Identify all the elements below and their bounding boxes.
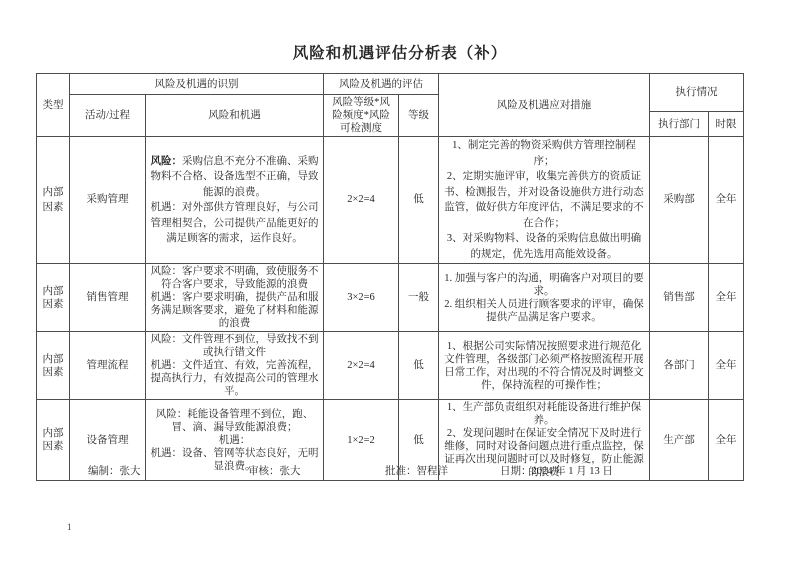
header-evaluate-group: 风险及机遇的评估: [324, 74, 439, 95]
cell-deadline: 全年: [709, 264, 744, 332]
cell-level: 低: [399, 332, 439, 400]
reviewed-by: 审核：张大: [248, 463, 301, 478]
header-measures: 风险及机遇应对措施: [439, 74, 650, 137]
cell-department: 采购部: [650, 137, 709, 264]
risk-label: 风险：: [151, 156, 183, 167]
cell-type: 内部因素: [37, 264, 70, 332]
table-row: 内部因素 采购管理 风险：采购信息不充分不准确、采购物料不合格、设备选型不正确，…: [37, 137, 744, 264]
signature-line: 编制：张大 审核：张大 批准：智程洋 日期：2024 年 1 月 13 日: [0, 463, 800, 479]
cell-deadline: 全年: [709, 137, 744, 264]
header-execution-group: 执行情况: [650, 74, 744, 112]
cell-risk-opportunity: 风险：文件管理不到位，导致找不到或执行错文件 机遇：文件适宜、有效，完善流程，提…: [146, 332, 324, 400]
cell-measures: 1、制定完善的物资采购供方管理控制程序； 2、定期实施评审，收集完善供方的资质证…: [439, 137, 650, 264]
header-risk-opportunity: 风险和机遇: [146, 95, 324, 137]
table-row: 内部因素 销售管理 风险：客户要求不明确，致使服务不符合客户要求，导致能源的浪费…: [37, 264, 744, 332]
cell-type: 内部因素: [37, 137, 70, 264]
risk-text: 文件管理不到位，导致找不到或执行错文件: [182, 334, 319, 358]
page-number: 1: [67, 522, 72, 532]
header-level: 等级: [399, 95, 439, 137]
opportunity-label: 机遇：: [151, 202, 183, 213]
measure-item: 2. 组织相关人员进行顾客要求的评审，确保提供产品满足客户要求。: [442, 298, 646, 324]
cell-score: 2×2=4: [324, 137, 399, 264]
cell-department: 各部门: [650, 332, 709, 400]
measure-item: 2、定期实施评审，收集完善供方的资质证书、检测报告，并对设备设施供方进行动态监管…: [442, 169, 646, 231]
header-type: 类型: [37, 74, 70, 137]
cell-measures: 1. 加强与客户的沟通，明确客户对项目的要求。 2. 组织相关人员进行顾客要求的…: [439, 264, 650, 332]
opportunity-label: 机遇：: [151, 292, 183, 303]
cell-activity: 管理流程: [70, 332, 146, 400]
table-row: 内部因素 管理流程 风险：文件管理不到位，导致找不到或执行错文件 机遇：文件适宜…: [37, 332, 744, 400]
cell-deadline: 全年: [709, 332, 744, 400]
header-identify-group: 风险及机遇的识别: [70, 74, 324, 95]
cell-type: 内部因素: [37, 332, 70, 400]
opportunity-label: 机遇：: [151, 448, 183, 459]
prepared-by: 编制：张大: [88, 463, 141, 478]
cell-department: 销售部: [650, 264, 709, 332]
header-department: 执行部门: [650, 112, 709, 137]
cell-score: 2×2=4: [324, 332, 399, 400]
document-date: 日期：2024 年 1 月 13 日: [500, 463, 613, 478]
header-activity: 活动/过程: [70, 95, 146, 137]
measure-item: 1、生产部负责组织对耗能设备进行维护保养。: [442, 401, 646, 427]
cell-score: 3×2=6: [324, 264, 399, 332]
opportunity-empty-label: 机遇：: [219, 435, 251, 446]
page-title: 风险和机遇评估分析表（补）: [0, 45, 800, 62]
cell-activity: 销售管理: [70, 264, 146, 332]
cell-risk-opportunity: 风险：采购信息不充分不准确、采购物料不合格、设备选型不正确，导致能源的浪费。 机…: [146, 137, 324, 264]
header-formula: 风险等级*风险频度*风险可检测度: [324, 95, 399, 137]
risk-label: 风险：: [151, 334, 183, 345]
approved-by: 批准：智程洋: [385, 463, 448, 478]
measure-item: 1、根据公司实际情况按照要求进行规范化文件管理，各级部门必须严格按照流程开展日常…: [442, 340, 646, 392]
header-deadline: 时限: [709, 112, 744, 137]
measure-item: 1、制定完善的物资采购供方管理控制程序；: [442, 138, 646, 169]
cell-risk-opportunity: 风险：客户要求不明确，致使服务不符合客户要求，导致能源的浪费 机遇：客户要求明确…: [146, 264, 324, 332]
measure-item: 3、对采购物料、设备的采购信息做出明确的规定，优先选用高能效设备。: [442, 231, 646, 262]
cell-measures: 1、根据公司实际情况按照要求进行规范化文件管理，各级部门必须严格按照流程开展日常…: [439, 332, 650, 400]
cell-level: 一般: [399, 264, 439, 332]
cell-activity: 采购管理: [70, 137, 146, 264]
risk-label: 风险：: [156, 409, 188, 420]
risk-text: 耗能设备管理不到位，跑、冒、滴、漏导致能源浪费；: [172, 409, 314, 433]
measure-item: 1. 加强与客户的沟通，明确客户对项目的要求。: [442, 272, 646, 298]
cell-level: 低: [399, 137, 439, 264]
risk-label: 风险：: [151, 266, 183, 277]
risk-assessment-table: 类型 风险及机遇的识别 风险及机遇的评估 风险及机遇应对措施 执行情况 活动/过…: [36, 73, 744, 481]
risk-text: 客户要求不明确，致使服务不符合客户要求，导致能源的浪费: [161, 266, 319, 290]
opportunity-label: 机遇：: [151, 360, 183, 371]
